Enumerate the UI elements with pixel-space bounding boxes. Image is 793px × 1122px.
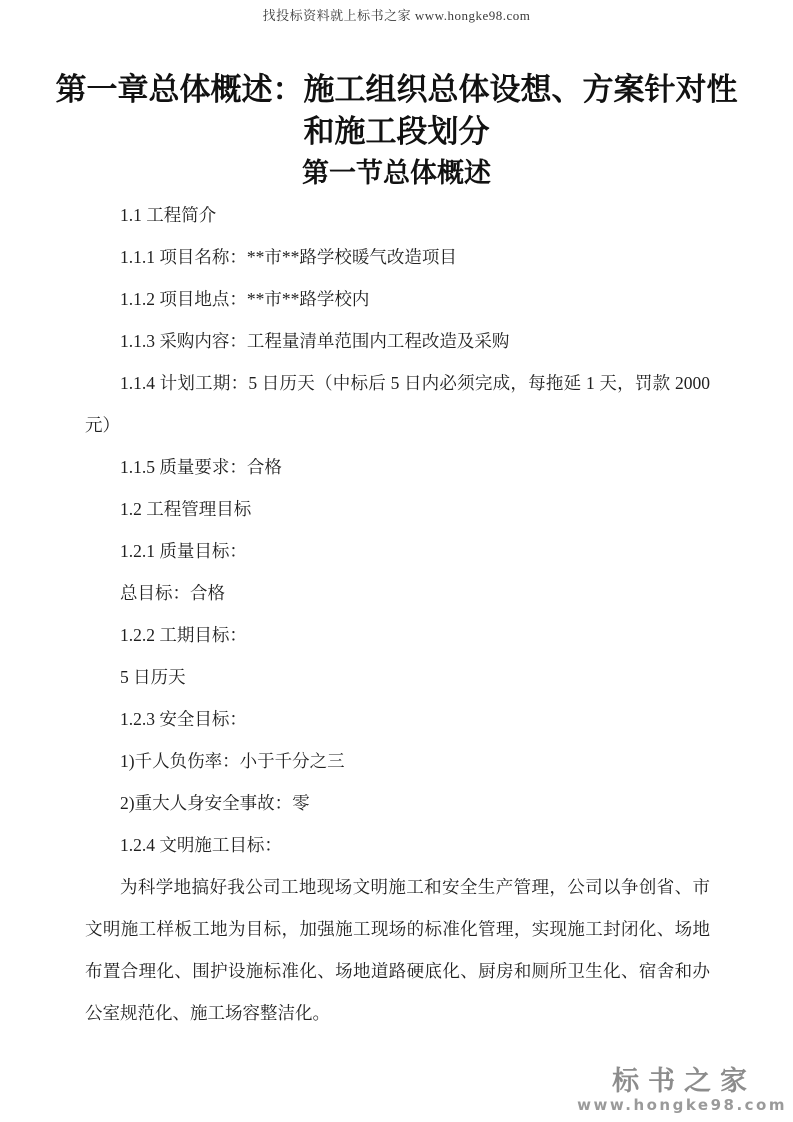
paragraph-civilized-construction: 为科学地搞好我公司工地现场文明施工和安全生产管理，公司以争创省、市文明施工样板工… xyxy=(85,866,710,1034)
paragraph-1-1-4: 1.1.4 计划工期：5 日历天（中标后 5 日内必须完成，每拖延 1 天，罚款… xyxy=(85,362,710,446)
paragraph-duration: 5 日历天 xyxy=(85,656,710,698)
document-page: 找投标资料就上标书之家 www.hongke98.com 第一章总体概述：施工组… xyxy=(0,0,793,1122)
paragraph-1-1: 1.1 工程简介 xyxy=(85,194,710,236)
watermark-url: www.hongke98.com xyxy=(577,1096,787,1114)
chapter-title: 第一章总体概述：施工组织总体设想、方案针对性 和施工段划分 xyxy=(40,69,753,153)
paragraph-safety-2: 2)重大人身安全事故：零 xyxy=(85,782,710,824)
paragraph-1-2-2: 1.2.2 工期目标： xyxy=(85,614,710,656)
paragraph-1-2-4: 1.2.4 文明施工目标： xyxy=(85,824,710,866)
paragraph-1-1-3: 1.1.3 采购内容：工程量清单范围内工程改造及采购 xyxy=(85,320,710,362)
watermark-logo: 标书之家 xyxy=(577,1068,791,1096)
paragraph-safety-1: 1)千人负伤率：小于千分之三 xyxy=(85,740,710,782)
page-header-text: 找投标资料就上标书之家 www.hongke98.com xyxy=(0,0,793,24)
paragraph-goal-total: 总目标：合格 xyxy=(85,572,710,614)
paragraph-1-1-5: 1.1.5 质量要求：合格 xyxy=(85,446,710,488)
document-body: 1.1 工程简介 1.1.1 项目名称：**市**路学校暖气改造项目 1.1.2… xyxy=(0,191,793,1034)
paragraph-1-2-1: 1.2.1 质量目标： xyxy=(85,530,710,572)
chapter-title-line2: 和施工段划分 xyxy=(40,111,753,153)
paragraph-1-1-2: 1.1.2 项目地点：**市**路学校内 xyxy=(85,278,710,320)
paragraph-1-2: 1.2 工程管理目标 xyxy=(85,488,710,530)
paragraph-1-2-3: 1.2.3 安全目标： xyxy=(85,698,710,740)
paragraph-1-1-1: 1.1.1 项目名称：**市**路学校暖气改造项目 xyxy=(85,236,710,278)
chapter-title-line1: 第一章总体概述：施工组织总体设想、方案针对性 xyxy=(40,69,753,111)
watermark: 标书之家 www.hongke98.com xyxy=(577,1068,787,1114)
section-title: 第一节总体概述 xyxy=(40,155,753,191)
